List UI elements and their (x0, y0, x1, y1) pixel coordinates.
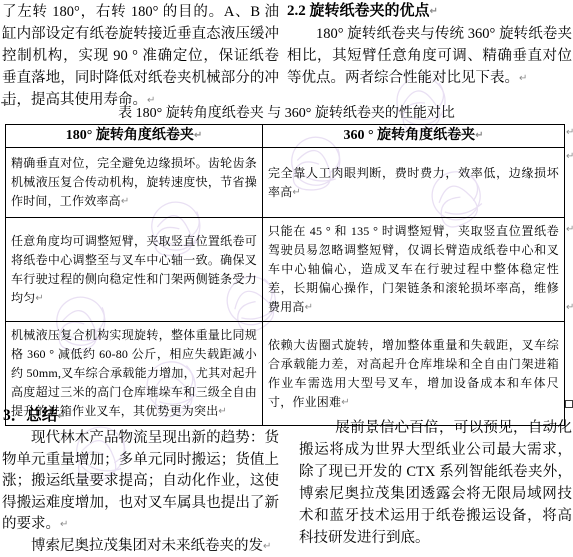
cell-text: 精确垂直对位，完全避免边缘损坏。齿轮齿条机械液压复合传动机构，旋转速度快，节省操… (11, 156, 257, 208)
paragraph-mark: ↵ (263, 541, 271, 552)
cell-text: 任意角度均可调整短臂，夹取竖直位置纸卷可将纸卷中心调整至与叉车中心轴一致。确保叉… (11, 234, 257, 305)
bottom-left-column: 现代林木产品物流呈现出新的趋势：货物单元重量增加；多单元同时搬运；货值上涨；搬运… (2, 428, 279, 557)
paragraph-mark: ↵ (292, 187, 301, 198)
paragraph: 了左转 180°，右转 180° 的目的。A、B 油缸内部设定有纸卷旋转接近垂直… (2, 1, 279, 112)
paragraph-mark: ↵ (218, 406, 227, 417)
cell-row1-360: 完全靠人工肉眼判断，费时费力，效率低，边缘损坏率高↵ (263, 148, 565, 218)
header-cell-360: 360 ° 旋转角度纸卷夹↵ (263, 125, 565, 148)
table-row: 任意角度均可调整短臂，夹取竖直位置纸卷可将纸卷中心调整至与叉车中心轴一致。确保叉… (6, 218, 565, 322)
cell-row2-360: 只能在 45 ° 和 135 ° 时调整短臂，夹取竖直位置纸卷驾驶员易忽略调整短… (263, 218, 565, 322)
table-row: 机械液压复合机构实现旋转，整体重量比同规格 360 ° 减低约 60-80 公斤… (6, 322, 565, 426)
cell-text: 机械液压复合机构实现旋转，整体重量比同规格 360 ° 减低约 60-80 公斤… (11, 328, 257, 418)
cell-text: 完全靠人工肉眼判断，费时费力，效率低，边缘损坏率高 (268, 166, 559, 199)
cell-row2-180: 任意角度均可调整短臂，夹取竖直位置纸卷可将纸卷中心调整至与叉车中心轴一致。确保叉… (6, 218, 263, 322)
paragraph: 180° 旋转纸卷夹与传统 360° 旋转纸卷夹相比，其短臂任意角度可调、精确垂… (287, 23, 572, 90)
top-right-column: 2.2 旋转纸卷夹的优点↵ 180° 旋转纸卷夹与传统 360° 旋转纸卷夹相比… (287, 1, 572, 90)
paragraph-mark: ↵ (35, 293, 44, 304)
paragraph-mark: ↵ (341, 397, 350, 408)
bottom-right-column: 展前景信心百倍，可以预见，自动化搬运将成为世界大型纸业公司最大需求，除了现已开发… (299, 417, 572, 549)
paragraph-mark: ↵ (305, 302, 314, 313)
top-left-column: 了左转 180°，右转 180° 的目的。A、B 油缸内部设定有纸卷旋转接近垂直… (2, 1, 279, 112)
paragraph: 现代林木产品物流呈现出新的趋势：货物单元重量增加；多单元同时搬运；货值上涨；搬运… (2, 428, 279, 536)
paragraph-mark: ↵ (60, 519, 68, 530)
comparison-table: 180° 旋转角度纸卷夹↵ 360 ° 旋转角度纸卷夹↵ 精确垂直对位，完全避免… (5, 124, 565, 426)
cell-row1-180: 精确垂直对位，完全避免边缘损坏。齿轮齿条机械液压复合传动机构，旋转速度快，节省操… (6, 148, 263, 218)
table-header-row: 180° 旋转角度纸卷夹↵ 360 ° 旋转角度纸卷夹↵ (6, 125, 565, 148)
row-end-mark: ↵ (566, 127, 573, 138)
paragraph-text: 现代林木产品物流呈现出新的趋势：货物单元重量增加；多单元同时搬运；货值上涨；搬运… (2, 430, 279, 532)
cell-text: 只能在 45 ° 和 135 ° 时调整短臂，夹取竖直位置纸卷驾驶员易忽略调整短… (268, 224, 559, 314)
document-page: 了左转 180°，右转 180° 的目的。A、B 油缸内部设定有纸卷旋转接近垂直… (0, 0, 573, 557)
row-end-mark: ↵ (566, 151, 573, 162)
paragraph-mark: ↵ (475, 130, 483, 141)
cell-row3-360: 依赖大齿圈式旋转，增加整体重量和失载距，叉车综合承载能力差，对高起升仓库堆垛和全… (263, 322, 565, 426)
paragraph: 博索尼奥拉茂集团对未来纸卷夹的发↵ (2, 536, 279, 557)
table-anchor-icon[interactable]: + (0, 96, 9, 109)
paragraph-mark: ↵ (430, 6, 438, 17)
row-end-mark: ↵ (566, 302, 573, 313)
header-text: 360 ° 旋转角度纸卷夹 (344, 128, 476, 143)
header-cell-180: 180° 旋转角度纸卷夹↵ (6, 125, 263, 148)
header-text: 180° 旋转角度纸卷夹 (66, 128, 194, 143)
paragraph-mark: ↵ (121, 196, 130, 207)
table-row: 精确垂直对位，完全避免边缘损坏。齿轮齿条机械液压复合传动机构，旋转速度快，节省操… (6, 148, 565, 218)
paragraph-mark: ↵ (519, 73, 527, 84)
paragraph-text: 180° 旋转纸卷夹与传统 360° 旋转纸卷夹相比，其短臂任意角度可调、精确垂… (287, 26, 572, 86)
table-resize-handle[interactable] (565, 400, 573, 408)
section-3-heading: 3．总结↵ (3, 406, 66, 427)
paragraph-mark: ↵ (194, 130, 202, 141)
paragraph: 展前景信心百倍，可以预见，自动化搬运将成为世界大型纸业公司最大需求，除了现已开发… (299, 417, 572, 549)
paragraph-mark: ↵ (57, 411, 65, 422)
paragraph-text: 博索尼奥拉茂集团对未来纸卷夹的发 (31, 538, 263, 554)
paragraph-text: 了左转 180°，右转 180° 的目的。A、B 油缸内部设定有纸卷旋转接近垂直… (2, 4, 279, 108)
table-caption: 表 180° 旋转角度纸卷夹 与 360° 旋转纸卷夹的性能对比 (0, 105, 573, 123)
heading-text: 2.2 旋转纸卷夹的优点 (287, 3, 430, 19)
row-end-mark: ↵ (566, 224, 573, 235)
section-2-2-heading: 2.2 旋转纸卷夹的优点↵ (287, 1, 572, 22)
cell-text: 依赖大齿圈式旋转，增加整体重量和失载距，叉车综合承载能力差，对高起升仓库堆垛和全… (268, 338, 559, 409)
heading-text: 3．总结 (3, 407, 57, 424)
